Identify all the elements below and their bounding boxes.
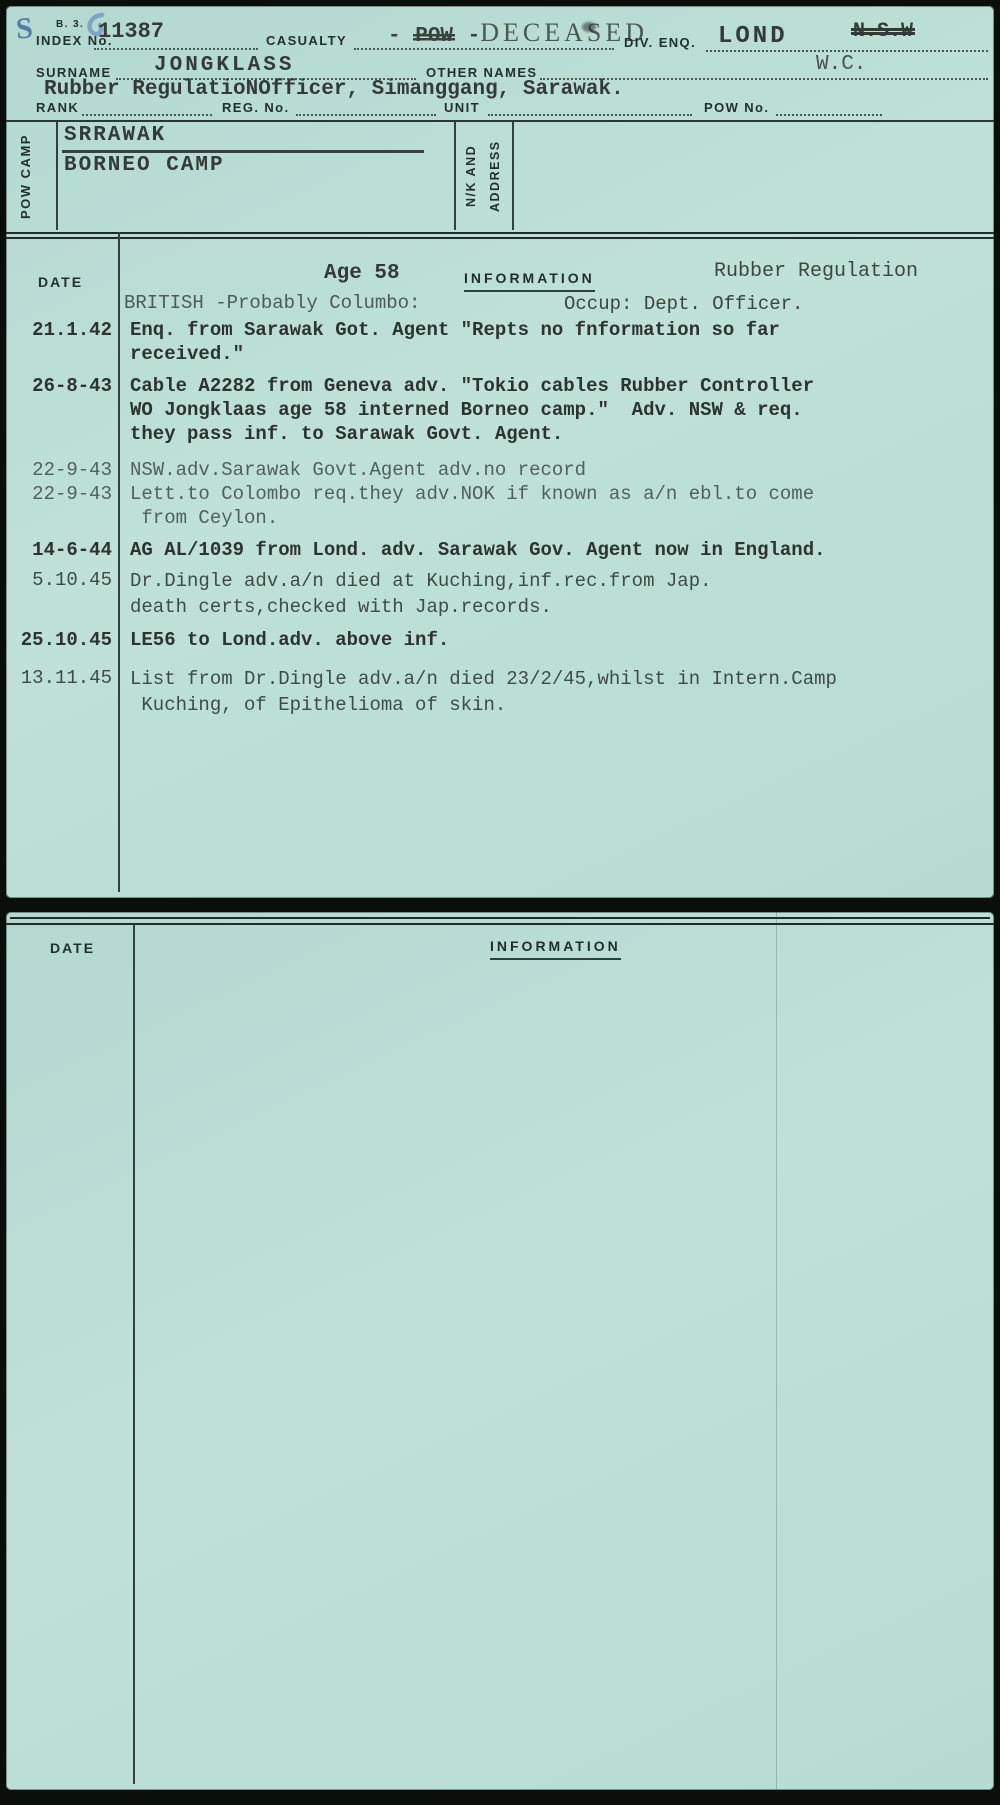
table-row: 14-6-44 AG AL/1039 from Lond. adv. Saraw…	[6, 538, 994, 562]
date-header: DATE	[50, 940, 95, 956]
index-dotted-line	[94, 48, 258, 50]
scanned-index-card-page: S B. 3. INDEX No. 11387 CASUALTY - POW -…	[0, 0, 1000, 1805]
div-enq-struck-nsw: N.S.W	[851, 20, 915, 43]
entry-date: 25.10.45	[6, 628, 119, 652]
pow-no-label: POW No.	[704, 100, 769, 115]
entry-date: 14-6-44	[6, 538, 119, 562]
information-header: INFORMATION	[464, 270, 595, 292]
double-rule-bottom	[6, 923, 994, 925]
ink-smudge	[582, 22, 596, 32]
table-row: 22-9-43 NSW.adv.Sarawak Govt.Agent adv.n…	[6, 458, 994, 482]
entry-date: 21.1.42	[6, 318, 119, 342]
entry-text: Dr.Dingle adv.a/n died at Kuching,inf.re…	[119, 568, 712, 620]
card-crease	[776, 912, 777, 1790]
double-rule-bottom	[6, 237, 994, 239]
index-card-front: S B. 3. INDEX No. 11387 CASUALTY - POW -…	[6, 6, 994, 898]
casualty-dash: -	[388, 25, 401, 48]
table-row: 26-8-43 Cable A2282 from Geneva adv. "To…	[6, 374, 994, 446]
information-entries: 21.1.42 Enq. from Sarawak Got. Agent "Re…	[6, 318, 994, 718]
pow-camp-line2: BORNEO CAMP	[64, 154, 225, 177]
casualty-deceased: DECEASED	[480, 18, 648, 47]
table-row: 13.11.45 List from Dr.Dingle adv.a/n die…	[6, 666, 994, 718]
section-divider	[6, 120, 994, 122]
table-row: 21.1.42 Enq. from Sarawak Got. Agent "Re…	[6, 318, 994, 366]
surname-value: JONGKLASS	[154, 54, 294, 77]
double-rule-top	[10, 917, 990, 919]
blue-s-stamp: S	[15, 11, 35, 46]
date-column-line	[133, 924, 135, 1784]
table-row: 22-9-43 Lett.to Colombo req.they adv.NOK…	[6, 482, 994, 530]
occupation-line: Rubber RegulatioNOfficer, Simanggang, Sa…	[44, 78, 624, 101]
pow-camp-strike-line	[62, 150, 424, 153]
entry-text: Lett.to Colombo req.they adv.NOK if know…	[119, 482, 814, 530]
casualty-struck-pow: POW	[413, 25, 455, 48]
date-header: DATE	[38, 274, 83, 290]
information-header: INFORMATION	[490, 938, 621, 960]
rank-label: RANK	[36, 100, 79, 115]
nationality-note: BRITISH -Probably Columbo:	[124, 292, 420, 314]
index-card-continuation: DATE INFORMATION	[6, 912, 994, 1790]
age-note: Age 58	[324, 262, 400, 285]
casualty-dash2: -	[468, 25, 481, 48]
rank-dotted-line	[82, 114, 212, 116]
pow-no-dotted-line	[776, 114, 882, 116]
pow-camp-side-label: POW CAMP	[14, 126, 39, 228]
reg-no-dotted-line	[296, 114, 436, 116]
entry-text: Cable A2282 from Geneva adv. "Tokio cabl…	[119, 374, 814, 446]
occup-dept-note: Occup: Dept. Officer.	[564, 293, 803, 315]
occupation-note: Rubber Regulation	[714, 260, 918, 283]
unit-dotted-line	[488, 114, 692, 116]
reg-no-label: REG. No.	[222, 100, 290, 115]
casualty-value: - POW -DECEASED	[388, 18, 648, 48]
entry-text: Enq. from Sarawak Got. Agent "Repts no f…	[119, 318, 780, 366]
casualty-label: CASUALTY	[266, 33, 347, 48]
entry-date: 22-9-43	[6, 482, 119, 506]
entry-date: 26-8-43	[6, 374, 119, 398]
entry-text: NSW.adv.Sarawak Govt.Agent adv.no record	[119, 458, 586, 482]
index-no-value: 11387	[98, 19, 164, 44]
div-enq-dotted-line	[706, 50, 988, 52]
div-enq-label: DIV. ENQ.	[624, 35, 696, 50]
casualty-dotted-line	[354, 48, 614, 50]
nk-box-line-right	[512, 122, 514, 230]
table-row: 5.10.45 Dr.Dingle adv.a/n died at Kuchin…	[6, 568, 994, 620]
entry-date: 22-9-43	[6, 458, 119, 482]
nk-address-side-label: N/K AND ADDRESS	[460, 124, 508, 228]
pow-camp-box-line	[56, 122, 58, 230]
entry-text: AG AL/1039 from Lond. adv. Sarawak Gov. …	[119, 538, 826, 562]
entry-date: 5.10.45	[6, 568, 119, 592]
entry-text: List from Dr.Dingle adv.a/n died 23/2/45…	[119, 666, 837, 718]
entry-date: 13.11.45	[6, 666, 119, 690]
pow-camp-line1: SRRAWAK	[64, 124, 166, 147]
other-names-value: W.C.	[816, 53, 866, 76]
div-enq-value: LOND	[718, 23, 788, 50]
entry-text: LE56 to Lond.adv. above inf.	[119, 628, 449, 652]
unit-label: UNIT	[444, 100, 480, 115]
double-rule-top	[6, 232, 994, 234]
nk-box-line-left	[454, 122, 456, 230]
table-row: 25.10.45 LE56 to Lond.adv. above inf.	[6, 628, 994, 652]
